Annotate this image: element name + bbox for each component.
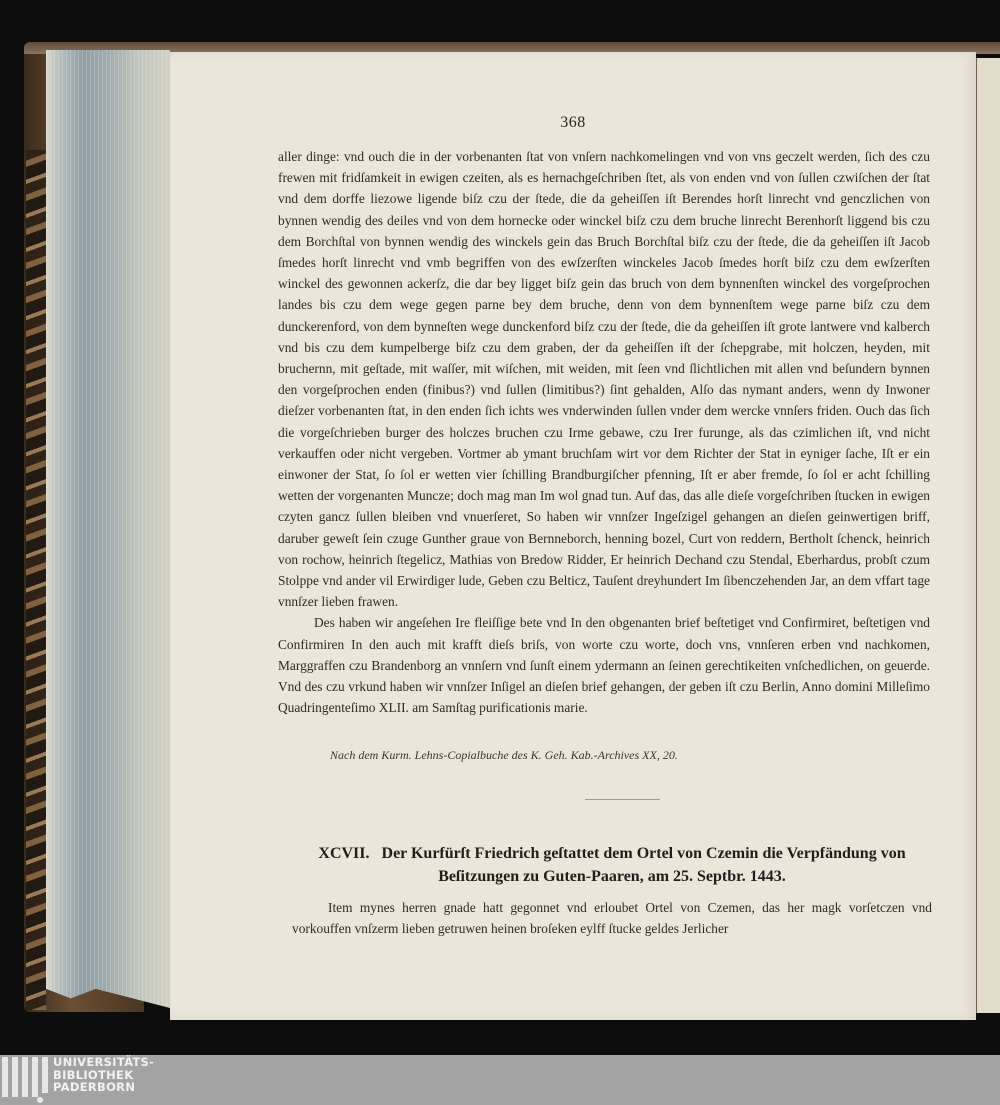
marbled-binding	[26, 150, 46, 1010]
section-separator	[585, 799, 660, 800]
source-citation: Nach dem Kurm. Lehns-Copialbuche des K. …	[330, 748, 678, 763]
logo-line: UNIVERSITÄTS-	[53, 1056, 154, 1069]
page-number: 368	[170, 114, 976, 132]
library-logo-text: UNIVERSITÄTS- BIBLIOTHEK PADERBORN	[53, 1056, 154, 1094]
logo-line: PADERBORN	[53, 1081, 154, 1094]
section-number: XCVII.	[318, 845, 369, 862]
body-paragraph: aller dinge: vnd ouch die in der vorbena…	[278, 146, 930, 612]
section-body: Item mynes herren gnade hatt gegonnet vn…	[292, 897, 932, 939]
facing-page-edge	[976, 58, 1000, 1013]
document-body: aller dinge: vnd ouch die in der vorbena…	[278, 146, 930, 718]
library-logo-dot	[37, 1097, 43, 1103]
library-footer: UNIVERSITÄTS- BIBLIOTHEK PADERBORN	[0, 1055, 1000, 1105]
section-heading: XCVII. Der Kurfürſt Friedrich geſtattet …	[292, 842, 932, 888]
library-logo-icon	[2, 1057, 48, 1101]
section-title: Der Kurfürſt Friedrich geſtattet dem Ort…	[382, 845, 906, 885]
page-edges	[46, 50, 170, 1008]
section-paragraph: Item mynes herren gnade hatt gegonnet vn…	[292, 897, 932, 939]
body-paragraph: Des haben wir angeſehen Ire fleiſſige be…	[278, 612, 930, 718]
